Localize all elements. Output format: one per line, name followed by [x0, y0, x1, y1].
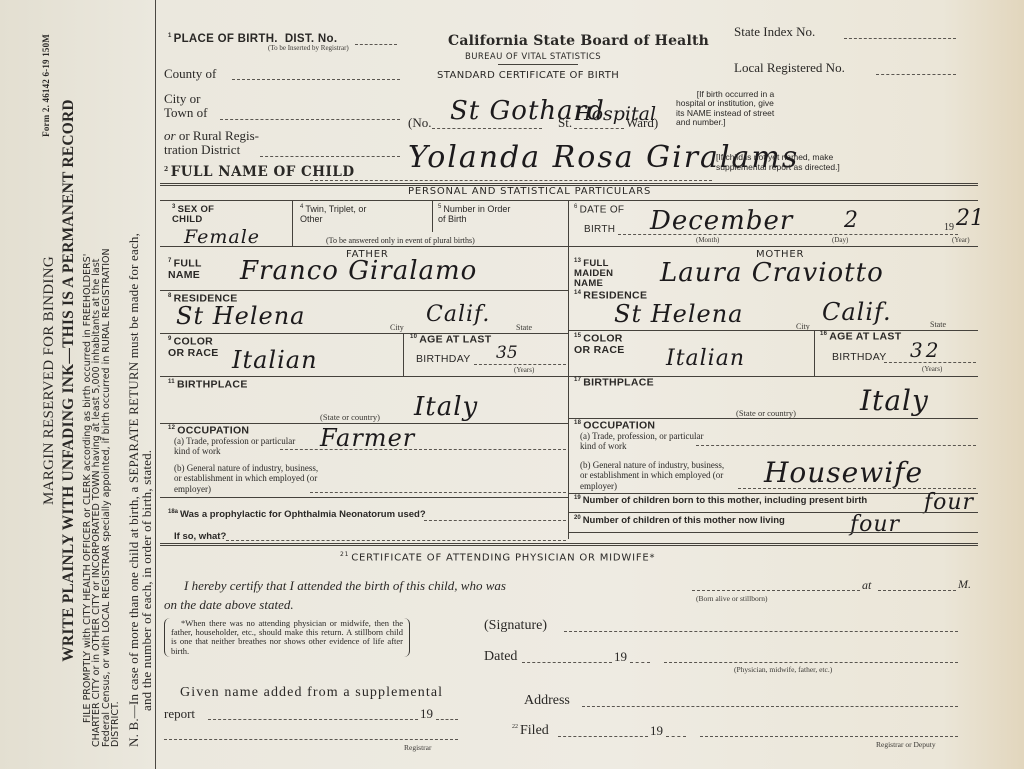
st-label: St. [558, 115, 572, 131]
father-mother-divider [568, 246, 569, 539]
write-plainly-line: WRITE PLAINLY WITH UNFADING INK—THIS IS … [61, 14, 77, 747]
children-living-value: four [850, 512, 900, 537]
personal-particulars-title: PERSONAL AND STATISTICAL PARTICULARS [408, 186, 651, 197]
children-living-label: 20Number of children of this mother now … [574, 515, 785, 526]
sex-value: Female [184, 226, 260, 248]
time-field[interactable] [878, 590, 956, 591]
mother-state-country-caption: (State or country) [736, 408, 796, 418]
plural-births-note: (To be answered only in event of plural … [326, 236, 475, 245]
footnote-box: *When there was no attending physician o… [164, 618, 410, 657]
physician-caption: (Physician, midwife, father, etc.) [734, 665, 832, 674]
ward-label: Ward) [626, 115, 658, 131]
physician-field[interactable] [664, 662, 958, 663]
nb-note: N. B.—In case of more than one child at … [127, 14, 153, 747]
born-alive-field[interactable] [692, 590, 860, 591]
prophylactic-field[interactable] [424, 520, 566, 521]
father-city-value: St Helena [176, 302, 306, 330]
registrar-deputy-field[interactable] [700, 736, 958, 737]
given-name-label: Given name added from a supplemental [180, 685, 443, 701]
mother-state-caption: State [930, 320, 946, 329]
address-label: Address [524, 693, 570, 709]
row-rule [568, 532, 978, 533]
binding-margin: MARGIN RESERVED FOR BINDING Form 2. 4614… [0, 0, 156, 769]
state-index-field[interactable] [844, 38, 956, 39]
dated-label: Dated [484, 649, 517, 665]
if-so-field[interactable] [226, 540, 566, 541]
divider [403, 333, 404, 376]
report-year-prefix: 19 [420, 706, 433, 722]
mother-trade-field[interactable] [696, 445, 976, 446]
mother-maiden-name-label: 13FULL MAIDEN NAME [574, 258, 624, 289]
birth-month-value: December [650, 206, 793, 236]
father-years-caption: (Years) [514, 366, 534, 374]
mother-age-field[interactable] [884, 362, 976, 363]
mother-birthplace-label: 17BIRTHPLACE [574, 377, 654, 389]
filed-year-field[interactable] [666, 736, 686, 737]
county-label: County of [164, 66, 216, 82]
filed-year-prefix: 19 [650, 723, 663, 739]
father-city-caption: City [390, 323, 404, 332]
divider [432, 200, 433, 232]
mother-years-caption: (Years) [922, 365, 942, 373]
date-of-birth-label: 6DATE OF [574, 204, 624, 216]
row-rule [160, 497, 568, 498]
name-note: [If child is not yet named, makesuppleme… [716, 153, 840, 173]
hospital-note: [If birth occurred in a hospital or inst… [676, 90, 774, 127]
divider [292, 200, 293, 246]
city-label: City orTown of [164, 92, 208, 119]
birth-year-value: 21 [956, 206, 984, 231]
mother-state-value: Calif. [822, 298, 892, 326]
mother-name-value: Laura Craviotto [660, 258, 884, 288]
row-rule [568, 493, 978, 494]
mother-race-label: 15COLOR OR RACE [574, 333, 634, 356]
dist-no-field[interactable] [355, 44, 397, 45]
father-birthplace-value: Italy [414, 392, 478, 422]
father-age-label: 10AGE AT LAST [410, 334, 491, 346]
child-name-field[interactable] [310, 180, 712, 181]
row-rule [160, 333, 568, 334]
certify-statement: I hereby certify that I attended the bir… [184, 578, 506, 594]
section-rule [160, 200, 978, 201]
father-occupation-label: 12OCCUPATION [168, 425, 249, 437]
no-label: (No. [408, 115, 431, 131]
father-state-country-caption: (State or country) [320, 412, 380, 422]
dated-year-prefix: 19 [614, 649, 627, 665]
birth-day-value: 2 [844, 208, 859, 233]
address-field[interactable] [582, 706, 958, 707]
state-index-label: State Index No. [734, 24, 815, 40]
father-full-name-label: 7FULL NAME [168, 258, 208, 281]
father-birthday-label: BIRTHDAY [416, 354, 471, 365]
certificate-title: 21CERTIFICATE OF ATTENDING PHYSICIAN OR … [340, 551, 655, 563]
mother-birthday-label: BIRTHDAY [832, 352, 887, 363]
signature-field[interactable] [564, 631, 958, 632]
birth-order-label: 5Number in Order of Birth [438, 204, 518, 225]
file-promptly-instructions: FILE PROMPTLY with CITY HEALTH OFFICER o… [83, 14, 121, 747]
bureau-title: BUREAU OF VITAL STATISTICS [465, 52, 601, 62]
father-age-field[interactable] [474, 364, 566, 365]
m-label: M. [958, 577, 971, 592]
mother-city-value: St Helena [614, 300, 744, 328]
sex-label: 3SEX OF CHILD [172, 204, 232, 225]
local-registered-field[interactable] [876, 74, 956, 75]
father-industry-field[interactable] [310, 492, 566, 493]
margin-text-block: MARGIN RESERVED FOR BINDING Form 2. 4614… [0, 0, 156, 769]
mother-occupation-label: 18OCCUPATION [574, 420, 655, 432]
mother-industry-value: Housewife [764, 456, 923, 489]
row-rule [568, 512, 978, 513]
board-of-health-title: California State Board of Health [448, 33, 709, 49]
report-label: report [164, 706, 195, 722]
father-occupation-b-label: (b) General nature of industry, business… [174, 463, 320, 494]
mother-age-value: 32 [910, 338, 941, 362]
birth-certificate-page: MARGIN RESERVED FOR BINDING Form 2. 4614… [0, 0, 1024, 769]
city-field[interactable] [220, 119, 400, 120]
registrar-caption: Registrar [404, 743, 432, 752]
if-so-label: If so, what? [174, 531, 226, 542]
father-race-value: Italian [232, 346, 318, 374]
report-field[interactable] [208, 719, 418, 720]
header-rule [498, 64, 578, 65]
divider [568, 200, 569, 246]
place-street-field[interactable] [574, 128, 624, 129]
twin-label: 4Twin, Triplet, or Other [300, 204, 380, 225]
place-no-field[interactable] [432, 128, 542, 129]
dated-year-field[interactable] [630, 662, 650, 663]
at-label: at [862, 578, 871, 593]
father-state-value: Calif. [426, 302, 490, 327]
row-rule [160, 290, 568, 291]
signature-label: (Signature) [484, 618, 547, 634]
father-name-value: Franco Giralamo [240, 256, 477, 286]
mother-occupation-b-label: (b) General nature of industry, business… [580, 460, 726, 491]
row-rule [568, 330, 978, 331]
certificate-form: 1PLACE OF BIRTH. DIST. No. (To be Insert… [160, 0, 980, 769]
filed-label: 22Filed [512, 723, 549, 739]
father-occupation-value: Farmer [320, 424, 415, 452]
father-race-label: 9COLOR OR RACE [168, 336, 228, 359]
mother-race-value: Italian [666, 346, 745, 371]
father-state-caption: State [516, 323, 532, 332]
dated-field[interactable] [522, 662, 612, 663]
birth-label: BIRTH [584, 225, 615, 236]
local-registered-label: Local Registered No. [734, 60, 845, 76]
filed-field[interactable] [558, 736, 648, 737]
mother-occupation-a-label: (a) Trade, profession, or particular kin… [580, 431, 710, 452]
mother-age-label: 16AGE AT LAST [820, 331, 901, 343]
mother-birthplace-value: Italy [860, 384, 929, 417]
father-occupation-a-label: (a) Trade, profession or particular kind… [174, 436, 298, 457]
report-year-field[interactable] [436, 719, 458, 720]
row-rule [160, 376, 568, 377]
rural-district-field[interactable] [260, 156, 400, 157]
born-alive-caption: (Born alive or stillborn) [696, 594, 767, 603]
children-born-label: 19Number of children born to this mother… [574, 495, 867, 506]
father-birthplace-label: 11BIRTHPLACE [168, 379, 248, 391]
year-caption: (Year) [952, 236, 970, 244]
divider [814, 330, 815, 376]
month-caption: (Month) [696, 236, 719, 244]
certificate-divider [160, 543, 978, 546]
registrar-deputy-caption: Registrar or Deputy [876, 740, 936, 749]
row-rule [160, 246, 978, 247]
prophylactic-label: 18aWas a prophylactic for Ophthalmia Neo… [168, 509, 426, 520]
form-number: Form 2. 46142 6-19 150M [42, 34, 51, 137]
father-age-value: 35 [496, 343, 518, 363]
certificate-title: STANDARD CERTIFICATE OF BIRTH [437, 70, 619, 81]
margin-reserved-line: MARGIN RESERVED FOR BINDING Form 2. 4614… [42, 14, 57, 747]
dist-no-note: (To be Inserted by Registrar) [268, 44, 349, 52]
year-prefix: 19 [944, 222, 954, 233]
registrar-signature-field[interactable] [164, 739, 458, 740]
day-caption: (Day) [832, 236, 848, 244]
rural-district-label: or or Rural Regis-tration District [164, 129, 259, 156]
full-name-child-label: 2FULL NAME OF CHILD [164, 164, 355, 180]
certify-date-statement: on the date above stated. [164, 597, 294, 613]
county-field[interactable] [232, 79, 400, 80]
